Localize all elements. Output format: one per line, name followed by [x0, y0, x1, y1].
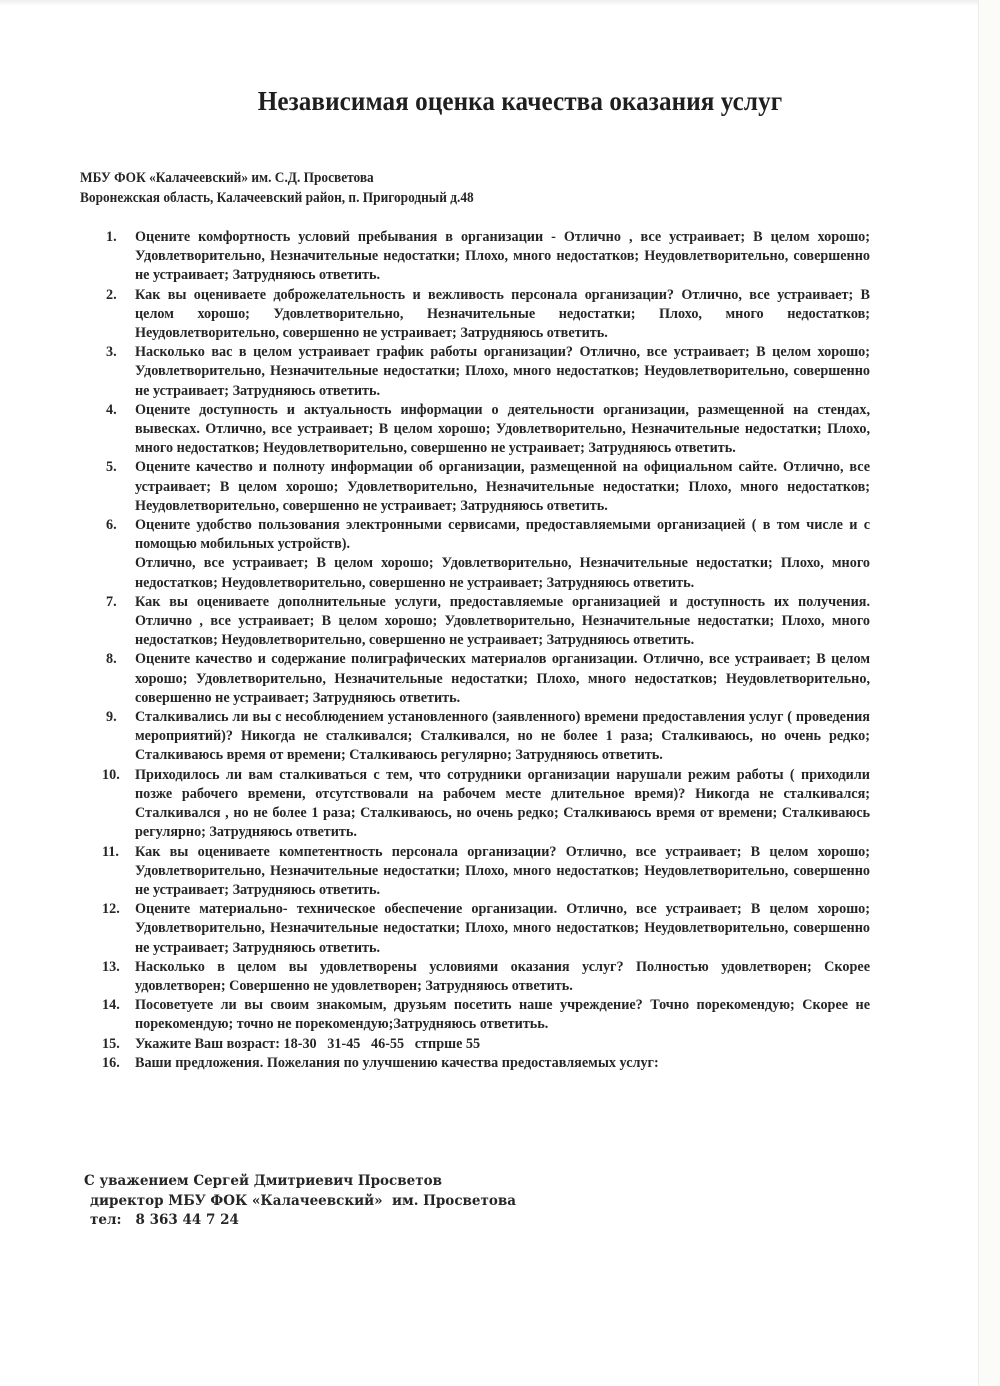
question-text: Укажите Ваш возраст: 18-30 31-45 46-55 с… — [135, 1035, 870, 1054]
question-number: 3. — [106, 343, 117, 362]
question-text: Насколько вас в целом устраивает график … — [135, 343, 870, 401]
question-number: 1. — [106, 228, 117, 247]
scan-right-edge — [978, 0, 1000, 1386]
question-number: 11. — [102, 843, 119, 862]
question-item: 1. Оцените комфортность условий пребыван… — [106, 228, 870, 286]
question-item: 15. Укажите Ваш возраст: 18-30 31-45 46-… — [106, 1035, 870, 1054]
question-text: Как вы оцениваете дополнительные услуги,… — [135, 593, 870, 651]
question-item: 2. Как вы оцениваете доброжелательность … — [106, 286, 870, 344]
question-item: 14. Посоветуете ли вы своим знакомым, др… — [106, 996, 870, 1034]
question-number: 7. — [106, 593, 117, 612]
organization-name: МБУ ФОК «Калачеевский» им. С.Д. Просвето… — [80, 168, 474, 188]
question-number: 16. — [102, 1054, 120, 1073]
question-item: 16. Ваши предложения. Пожелания по улучш… — [106, 1054, 870, 1073]
question-number: 10. — [102, 766, 120, 785]
question-text: Оцените доступность и актуальность инфор… — [135, 401, 870, 459]
question-item: 10. Приходилось ли вам сталкиваться с те… — [106, 766, 870, 843]
question-number: 12. — [102, 900, 120, 919]
question-item: 3. Насколько вас в целом устраивает граф… — [106, 343, 870, 401]
question-item: 8. Оцените качество и содержание полигра… — [106, 650, 870, 708]
question-text: Как вы оцениваете компетентность персона… — [135, 843, 870, 901]
question-number: 13. — [102, 958, 120, 977]
question-number: 15. — [102, 1035, 120, 1054]
question-item: 4. Оцените доступность и актуальность ин… — [106, 401, 870, 459]
question-item: 7. Как вы оцениваете дополнительные услу… — [106, 593, 870, 651]
question-item: 5. Оцените качество и полноту информации… — [106, 458, 870, 516]
questionnaire-list: 1. Оцените комфортность условий пребыван… — [106, 228, 870, 1073]
question-item: 11. Как вы оцениваете компетентность пер… — [106, 843, 870, 901]
question-number: 4. — [106, 401, 117, 420]
question-text: Посоветуете ли вы своим знакомым, друзья… — [135, 996, 870, 1034]
page-title: Независимая оценка качества оказания усл… — [36, 86, 1000, 117]
scan-top-edge — [0, 0, 1000, 6]
question-text: Как вы оцениваете доброжелательность и в… — [135, 286, 870, 344]
question-number: 14. — [102, 996, 120, 1015]
question-text: Насколько в целом вы удовлетворены услов… — [135, 958, 870, 996]
question-text: Приходилось ли вам сталкиваться с тем, ч… — [135, 766, 870, 843]
question-text: Оцените материально- техническое обеспеч… — [135, 900, 870, 958]
question-answer-options: Отлично, все устраивает; В целом хорошо;… — [135, 554, 870, 592]
signature-position: директор МБУ ФОК «Калачеевский» им. Прос… — [84, 1192, 516, 1212]
question-number: 8. — [106, 650, 117, 669]
question-number: 5. — [106, 458, 117, 477]
organization-address: Воронежская область, Калачеевский район,… — [80, 188, 474, 208]
question-item: 6. Оцените удобство пользования электрон… — [106, 516, 870, 593]
question-text: Оцените качество и полноту информации об… — [135, 458, 870, 516]
question-item: 12. Оцените материально- техническое обе… — [106, 900, 870, 958]
question-item: 13. Насколько в целом вы удовлетворены у… — [106, 958, 870, 996]
question-number: 2. — [106, 286, 117, 305]
signature-sender: С уважением Сергей Дмитриевич Просветов — [84, 1172, 516, 1192]
question-number: 6. — [106, 516, 117, 535]
signature-phone: тел: 8 363 44 7 24 — [84, 1211, 516, 1231]
question-text: Оцените качество и содержание полиграфич… — [135, 650, 870, 708]
question-text: Сталкивались ли вы с несоблюдением устан… — [135, 708, 870, 766]
question-number: 9. — [106, 708, 117, 727]
question-item: 9. Сталкивались ли вы с несоблюдением ус… — [106, 708, 870, 766]
organization-header: МБУ ФОК «Калачеевский» им. С.Д. Просвето… — [80, 168, 474, 208]
question-text: Ваши предложения. Пожелания по улучшению… — [135, 1054, 870, 1073]
signature-block: С уважением Сергей Дмитриевич Просветов … — [84, 1172, 516, 1231]
question-text: Оцените удобство пользования электронным… — [135, 516, 870, 554]
question-text: Оцените комфортность условий пребывания … — [135, 228, 870, 286]
